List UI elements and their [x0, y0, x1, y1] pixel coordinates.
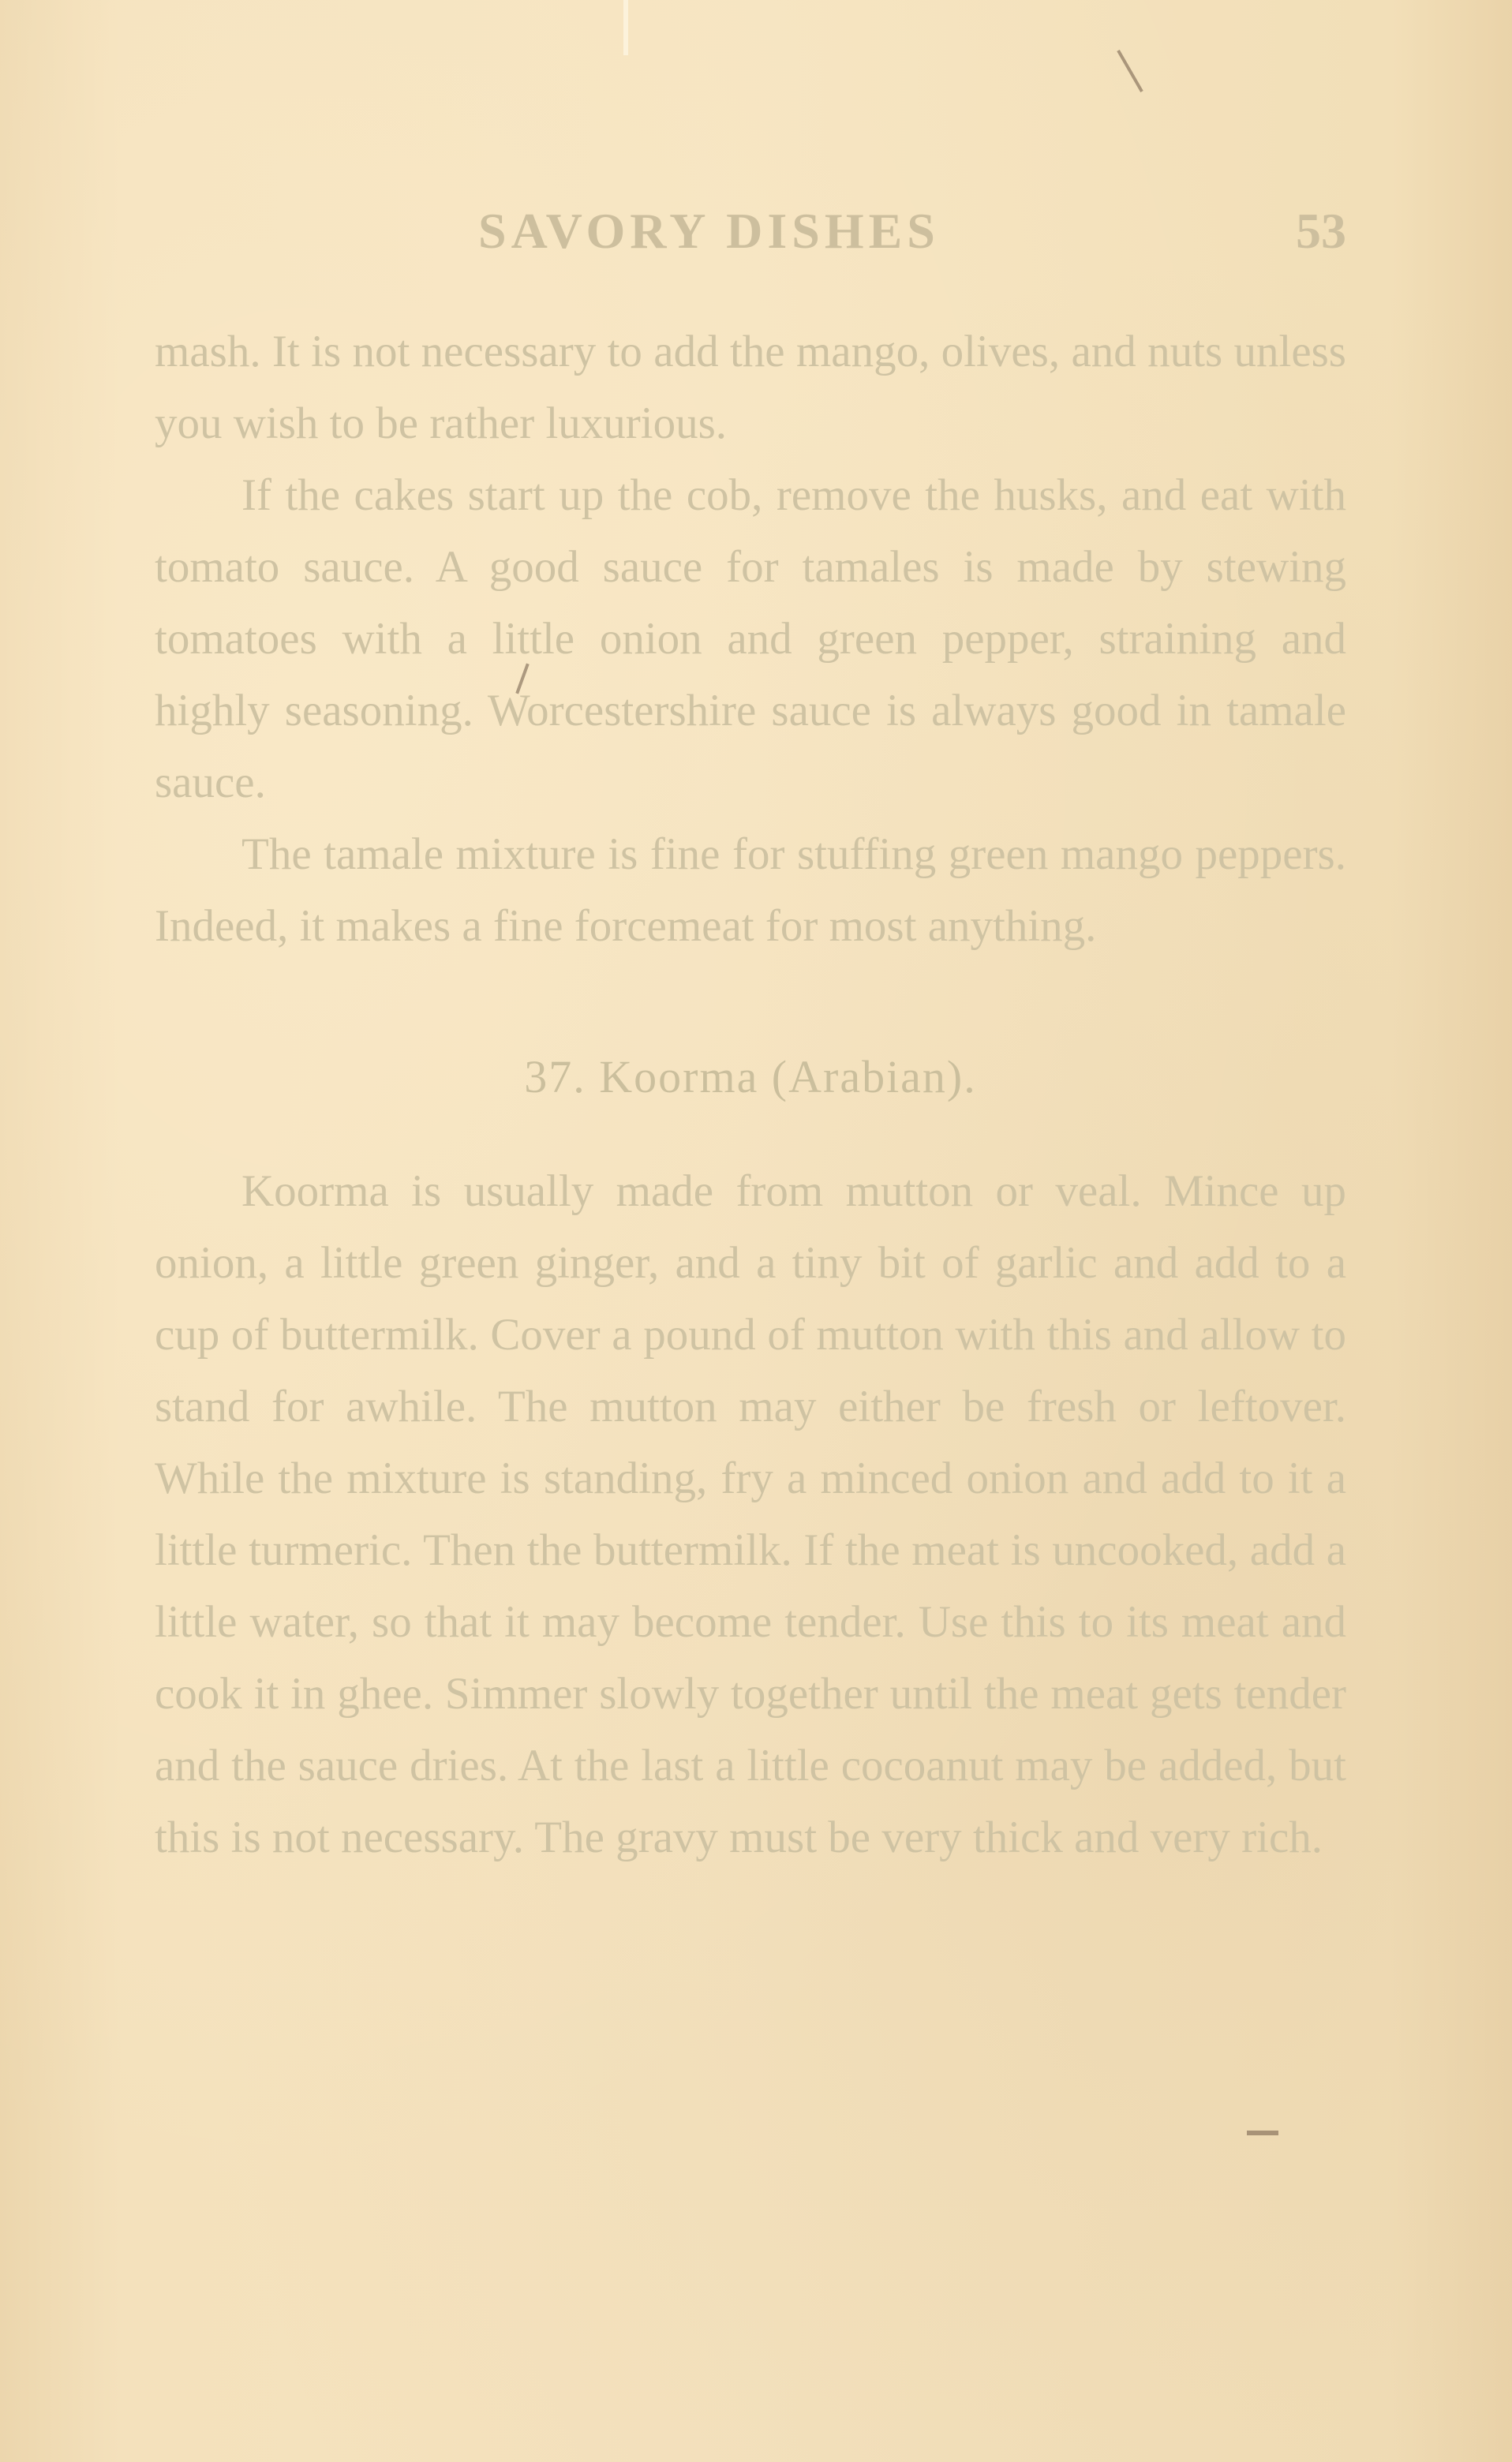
page-crease [623, 0, 628, 55]
recipe-heading: 37. Koorma (Arabian). [155, 1041, 1346, 1113]
running-title: SAVORY DISHES [478, 202, 940, 260]
paragraph: mash. It is not necessary to add the man… [155, 316, 1346, 459]
recipe-paragraph: Koorma is usually made from mutton or ve… [155, 1155, 1346, 1873]
book-page: SAVORY DISHES 53 mash. It is not necessa… [0, 0, 1512, 2462]
body-text: mash. It is not necessary to add the man… [155, 316, 1346, 1873]
paragraph: If the cakes start up the cob, remove th… [155, 459, 1346, 818]
scan-speck [1117, 50, 1143, 92]
paragraph: The tamale mixture is fine for stuffing … [155, 818, 1346, 962]
running-head: SAVORY DISHES 53 [155, 202, 1346, 265]
scan-speck [1247, 2131, 1278, 2135]
page-number: 53 [1296, 202, 1346, 260]
